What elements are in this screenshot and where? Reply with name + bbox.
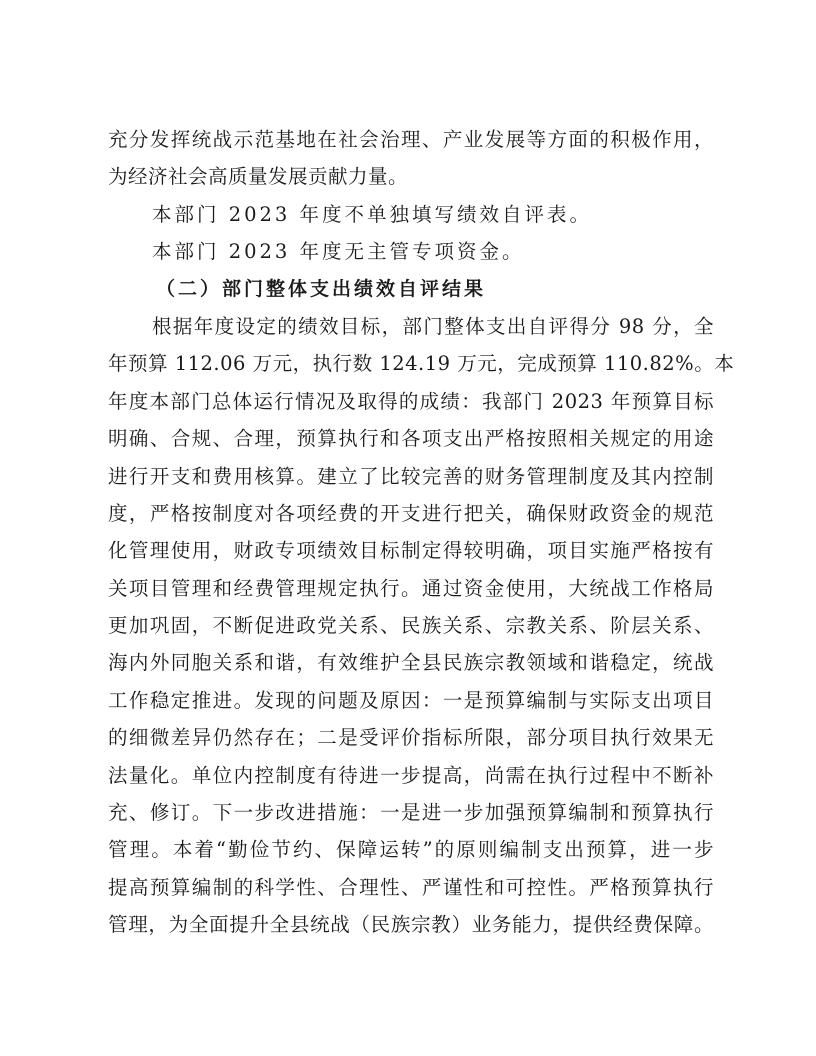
text-line: 根据年度设定的绩效目标，部门整体支出自评得分 98 分，全	[108, 308, 714, 345]
text-line: 度，严格按制度对各项经费的开支进行把关，确保财政资金的规范	[108, 495, 714, 532]
text-line: 更加巩固，不断促进政党关系、民族关系、宗教关系、阶层关系、	[108, 607, 714, 644]
text-line: 提高预算编制的科学性、合理性、严谨性和可控性。严格预算执行	[108, 869, 714, 906]
text-line: 化管理使用，财政专项绩效目标制定得较明确，项目实施严格按有	[108, 532, 714, 569]
document-page: 充分发挥统战示范基地在社会治理、产业发展等方面的积极作用， 为经济社会高质量发展…	[108, 121, 714, 944]
text-line: 管理，为全面提升全县统战（民族宗教）业务能力，提供经费保障。	[108, 906, 714, 943]
text-line: 明确、合规、合理，预算执行和各项支出严格按照相关规定的用途	[108, 420, 714, 457]
text-line: 充、修订。下一步改进措施：一是进一步加强预算编制和预算执行	[108, 794, 714, 831]
text-line: 关项目管理和经费管理规定执行。通过资金使用，大统战工作格局	[108, 570, 714, 607]
text-line: 为经济社会高质量发展贡献力量。	[108, 158, 714, 195]
text-line: 年度本部门总体运行情况及取得的成绩：我部门 2023 年预算目标	[108, 383, 714, 420]
text-line: 的细微差异仍然存在；二是受评价指标所限，部分项目执行效果无	[108, 719, 714, 756]
section-heading: （二）部门整体支出绩效自评结果	[108, 271, 714, 308]
text-line: 年预算 112.06 万元，执行数 124.19 万元，完成预算 110.82%…	[108, 345, 714, 382]
text-line: 进行开支和费用核算。建立了比较完善的财务管理制度及其内控制	[108, 458, 714, 495]
text-line: 工作稳定推进。发现的问题及原因：一是预算编制与实际支出项目	[108, 682, 714, 719]
text-line: 法量化。单位内控制度有待进一步提高，尚需在执行过程中不断补	[108, 757, 714, 794]
text-line: 充分发挥统战示范基地在社会治理、产业发展等方面的积极作用，	[108, 121, 714, 158]
text-line: 管理。本着“勤俭节约、保障运转”的原则编制支出预算，进一步	[108, 831, 714, 868]
text-line: 海内外同胞关系和谐，有效维护全县民族宗教领域和谐稳定，统战	[108, 644, 714, 681]
text-line: 本部门 2023 年度不单独填写绩效自评表。	[108, 196, 714, 233]
text-line: 本部门 2023 年度无主管专项资金。	[108, 233, 714, 270]
